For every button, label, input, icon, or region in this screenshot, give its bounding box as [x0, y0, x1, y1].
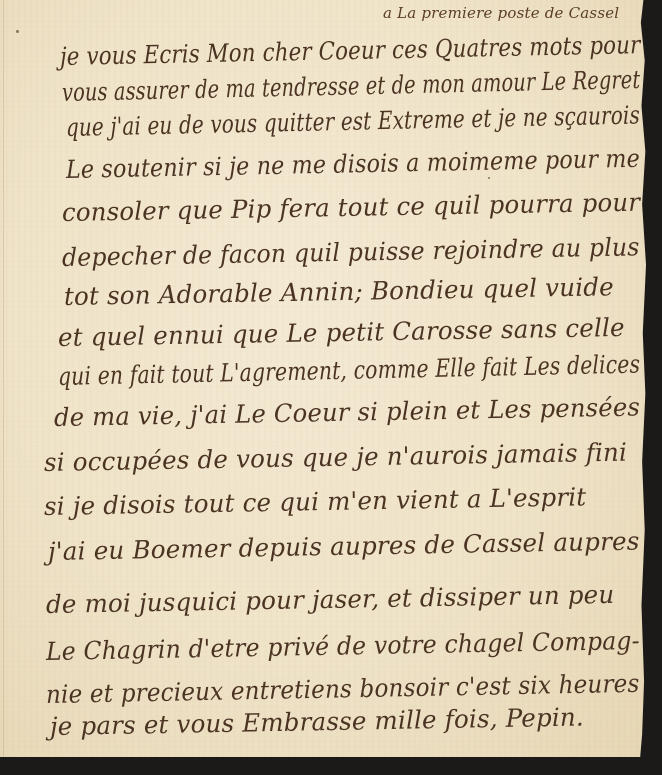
- letter-line-9: qui en fait tout L'agrement, comme Elle …: [58, 350, 640, 391]
- letter-line-5: consoler que Pip fera tout ce quil pourr…: [62, 188, 641, 227]
- letter-line-7: tot son Adorable Annin; Bondieu quel vui…: [64, 272, 614, 311]
- letter-line-17-signature: je pars et vous Embrasse mille fois, Pep…: [50, 702, 584, 741]
- letter-line-2: vous assurer de ma tendresse et de mon a…: [62, 65, 641, 107]
- letter-line-12: si je disois tout ce qui m'en vient a L'…: [44, 482, 587, 521]
- letter-heading: a La premiere poste de Cassel: [383, 4, 619, 22]
- paper-left-edge: [3, 0, 4, 757]
- letter-line-3: que j'ai eu de vous quitter est Extreme …: [66, 100, 640, 142]
- letter-line-11: si occupées de vous que je n'aurois jama…: [44, 438, 627, 477]
- paper-speck: [488, 177, 490, 179]
- letter-line-4: Le soutenir si je ne me disois a moimeme…: [66, 144, 640, 184]
- letter-line-6: depecher de facon quil puisse rejoindre …: [62, 232, 640, 272]
- letter-line-15: Le Chagrin d'etre privé de votre chagel …: [46, 626, 640, 666]
- letter-line-10: de ma vie, j'ai Le Coeur si plein et Les…: [54, 392, 640, 432]
- letter-line-8: et quel ennui que Le petit Carosse sans …: [58, 313, 625, 352]
- letter-page: a La premiere poste de Cassel je vous Ec…: [0, 0, 646, 757]
- letter-line-14: de moi jusquici pour jaser, et dissiper …: [46, 580, 615, 619]
- letter-line-1: je vous Ecris Mon cher Coeur ces Quatres…: [60, 30, 641, 71]
- paper-speck: [16, 30, 19, 33]
- letter-line-13: j'ai eu Boemer depuis aupres de Cassel a…: [48, 526, 640, 566]
